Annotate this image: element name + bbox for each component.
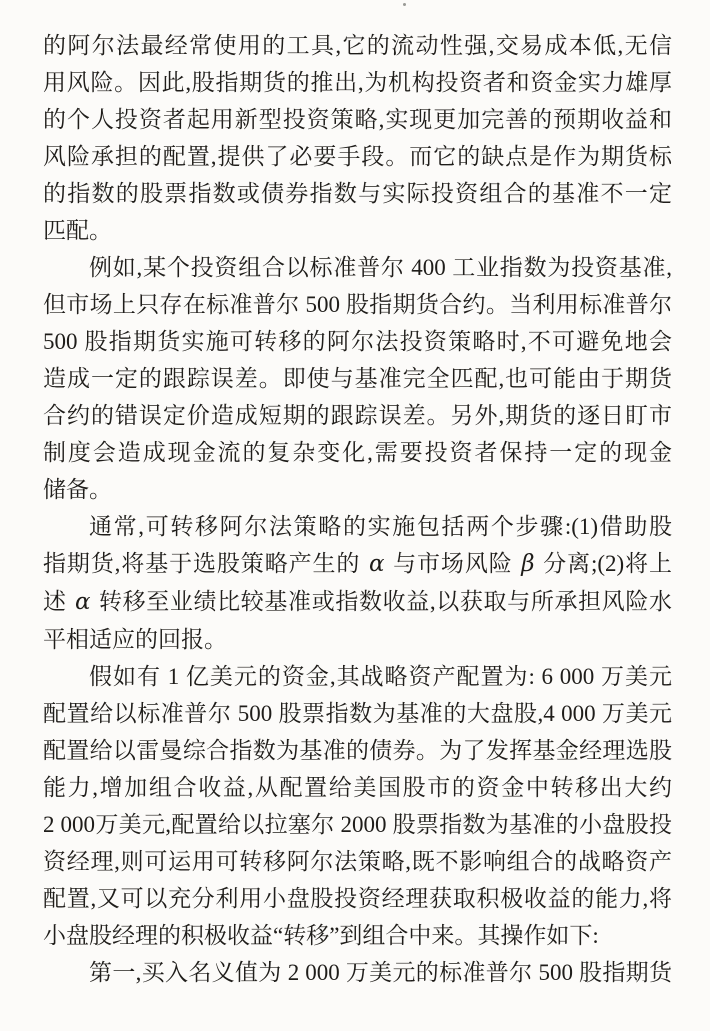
text-line: 能力,增加组合收益,从配置给美国股市的资金中转移出大约 (43, 769, 672, 806)
text-line: 配置,又可以充分利用小盘股投资经理获取积极收益的能力,将 (43, 880, 672, 917)
text-line: 第一,买入名义值为 2 000 万美元的标准普尔 500 股指期货 (43, 954, 672, 991)
text-line: 500 股指期货实施可转移的阿尔法投资策略时,不可避免地会 (43, 323, 672, 360)
text-line: 配置给以雷曼综合指数为基准的债券。为了发挥基金经理选股 (43, 732, 672, 769)
paragraph: 假如有 1 亿美元的资金,其战略资产配置为: 6 000 万美元配置给以标准普尔… (43, 658, 672, 954)
greek-letter: α (367, 551, 387, 577)
text-line: 用风险。因此,股指期货的推出,为机构投资者和资金实力雄厚 (43, 64, 672, 101)
greek-letter: α (73, 589, 93, 615)
text-line: 但市场上只存在标准普尔 500 股指期货合约。当利用标准普尔 (43, 286, 672, 323)
text-line: 风险承担的配置,提供了必要手段。而它的缺点是作为期货标 (43, 138, 672, 175)
scan-speck (403, 3, 406, 6)
paragraph: 通常,可转移阿尔法策略的实施包括两个步骤:(1)借助股指期货,将基于选股策略产生… (43, 508, 672, 658)
book-page: 的阿尔法最经常使用的工具,它的流动性强,交易成本低,无信用风险。因此,股指期货的… (0, 0, 710, 1031)
text-line: 的指数的股票指数或债券指数与实际投资组合的基准不一定 (43, 175, 672, 212)
paragraph: 的阿尔法最经常使用的工具,它的流动性强,交易成本低,无信用风险。因此,股指期货的… (43, 27, 672, 249)
text-line: 合约的错误定价造成短期的跟踪误差。另外,期货的逐日盯市 (43, 397, 672, 434)
text-line: 小盘股经理的积极收益“转移”到组合中来。其操作如下: (43, 917, 672, 954)
greek-letter: β (519, 551, 536, 577)
text-line: 储备。 (43, 471, 672, 508)
text-line: 平相适应的回报。 (43, 621, 672, 658)
text-line: 资经理,则可运用可转移阿尔法策略,既不影响组合的战略资产 (43, 843, 672, 880)
text-line: 制度会造成现金流的复杂变化,需要投资者保持一定的现金 (43, 434, 672, 471)
text-line: 通常,可转移阿尔法策略的实施包括两个步骤:(1)借助股 (43, 508, 672, 545)
text-line: 假如有 1 亿美元的资金,其战略资产配置为: 6 000 万美元 (43, 658, 672, 695)
text-line: 匹配。 (43, 212, 672, 249)
text-line: 配置给以标准普尔 500 股票指数为基准的大盘股,4 000 万美元 (43, 695, 672, 732)
text-line: 的个人投资者起用新型投资策略,实现更加完善的预期收益和 (43, 101, 672, 138)
text-line: 例如,某个投资组合以标准普尔 400 工业指数为投资基准, (43, 249, 672, 286)
text-line: 造成一定的跟踪误差。即使与基准完全匹配,也可能由于期货 (43, 360, 672, 397)
text-line: 的阿尔法最经常使用的工具,它的流动性强,交易成本低,无信 (43, 27, 672, 64)
paragraph: 第一,买入名义值为 2 000 万美元的标准普尔 500 股指期货 (43, 954, 672, 991)
text-line: 述 α 转移至业绩比较基准或指数收益,以获取与所承担风险水 (43, 583, 672, 621)
text-line: 指期货,将基于选股策略产生的 α 与市场风险 β 分离;(2)将上 (43, 545, 672, 583)
page-text: 的阿尔法最经常使用的工具,它的流动性强,交易成本低,无信用风险。因此,股指期货的… (43, 27, 672, 991)
text-line: 2 000万美元,配置给以拉塞尔 2000 股票指数为基准的小盘股投 (43, 806, 672, 843)
paragraph: 例如,某个投资组合以标准普尔 400 工业指数为投资基准,但市场上只存在标准普尔… (43, 249, 672, 508)
